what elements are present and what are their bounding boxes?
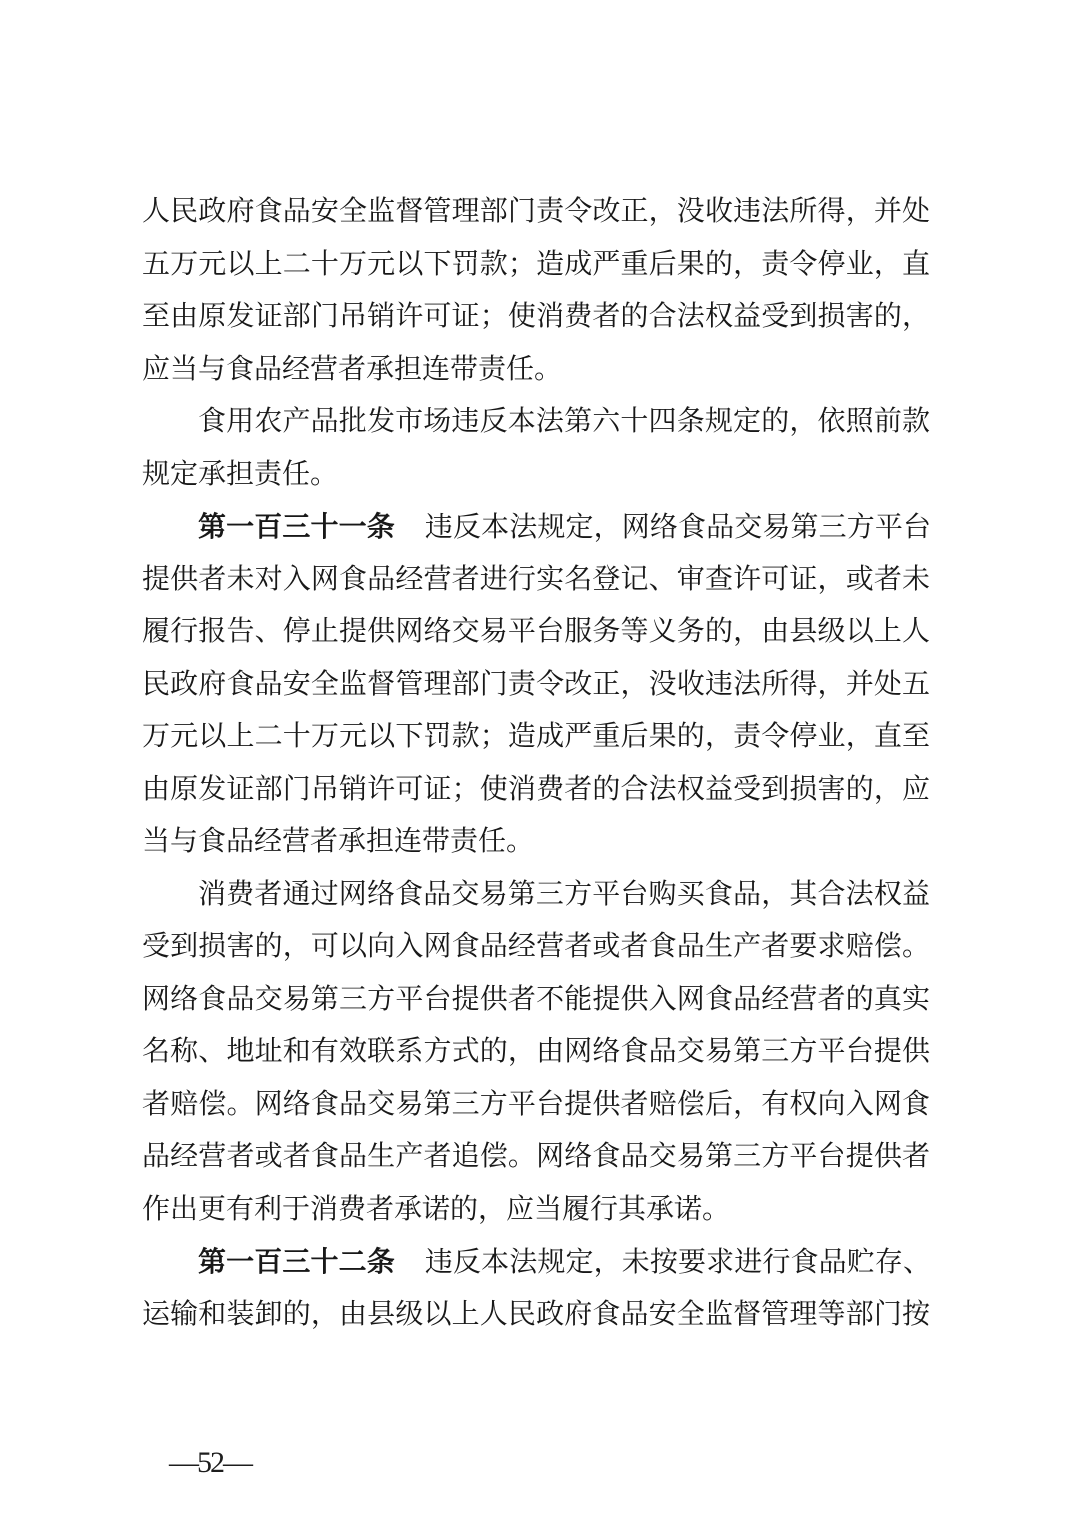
line-text: 受到损害的，可以向入网食品经营者或者食品生产者要求赔偿。: [142, 931, 930, 962]
text-line: 人民政府食品安全监督管理部门责令改正，没收违法所得，并处: [142, 186, 930, 239]
line-text: 名称、地址和有效联系方式的，由网络食品交易第三方平台提供: [142, 1036, 930, 1067]
line-text: 履行报告、停止提供网络交易平台服务等义务的，由县级以上人: [142, 616, 930, 647]
line-text: 万元以上二十万元以下罚款；造成严重后果的，责令停业，直至: [142, 721, 930, 752]
line-text: 由原发证部门吊销许可证；使消费者的合法权益受到损害的，应: [142, 774, 930, 805]
text-line: 提供者未对入网食品经营者进行实名登记、审查许可证，或者未: [142, 554, 930, 607]
text-line: 第一百三十一条违反本法规定，网络食品交易第三方平台: [142, 501, 930, 554]
text-line: 消费者通过网络食品交易第三方平台购买食品，其合法权益: [142, 869, 930, 922]
line-text: 提供者未对入网食品经营者进行实名登记、审查许可证，或者未: [142, 564, 930, 595]
page-number: —52—: [169, 1446, 251, 1480]
text-line: 履行报告、停止提供网络交易平台服务等义务的，由县级以上人: [142, 606, 930, 659]
text-line: 食用农产品批发市场违反本法第六十四条规定的，依照前款: [142, 396, 930, 449]
document-page: 人民政府食品安全监督管理部门责令改正，没收违法所得，并处五万元以上二十万元以下罚…: [0, 0, 1074, 1520]
text-line: 民政府食品安全监督管理部门责令改正，没收违法所得，并处五: [142, 659, 930, 712]
text-line: 受到损害的，可以向入网食品经营者或者食品生产者要求赔偿。: [142, 921, 930, 974]
line-text: 网络食品交易第三方平台提供者不能提供入网食品经营者的真实: [142, 984, 930, 1015]
line-text: 五万元以上二十万元以下罚款；造成严重后果的，责令停业，直: [142, 249, 930, 280]
line-text: 运输和装卸的，由县级以上人民政府食品安全监督管理等部门按: [142, 1299, 930, 1330]
article-number: 第一百三十二条: [198, 1246, 395, 1277]
text-line: 五万元以上二十万元以下罚款；造成严重后果的，责令停业，直: [142, 239, 930, 292]
text-line: 第一百三十二条违反本法规定，未按要求进行食品贮存、: [142, 1236, 930, 1289]
line-text: 消费者通过网络食品交易第三方平台购买食品，其合法权益: [198, 879, 930, 910]
article-number: 第一百三十一条: [198, 511, 395, 542]
line-text: 违反本法规定，未按要求进行食品贮存、: [425, 1247, 930, 1278]
line-text: 品经营者或者食品生产者追偿。网络食品交易第三方平台提供者: [142, 1141, 930, 1172]
line-text: 规定承担责任。: [142, 459, 338, 490]
text-line: 作出更有利于消费者承诺的，应当履行其承诺。: [142, 1184, 930, 1237]
line-text: 民政府食品安全监督管理部门责令改正，没收违法所得，并处五: [142, 669, 930, 700]
text-line: 名称、地址和有效联系方式的，由网络食品交易第三方平台提供: [142, 1026, 930, 1079]
line-text: 作出更有利于消费者承诺的，应当履行其承诺。: [142, 1194, 730, 1225]
line-text: 人民政府食品安全监督管理部门责令改正，没收违法所得，并处: [142, 196, 930, 227]
line-text: 至由原发证部门吊销许可证；使消费者的合法权益受到损害的，: [142, 301, 930, 332]
text-line: 网络食品交易第三方平台提供者不能提供入网食品经营者的真实: [142, 974, 930, 1027]
line-text: 应当与食品经营者承担连带责任。: [142, 354, 562, 385]
text-line: 者赔偿。网络食品交易第三方平台提供者赔偿后，有权向入网食: [142, 1079, 930, 1132]
text-line: 由原发证部门吊销许可证；使消费者的合法权益受到损害的，应: [142, 764, 930, 817]
line-text: 者赔偿。网络食品交易第三方平台提供者赔偿后，有权向入网食: [142, 1089, 930, 1120]
text-line: 运输和装卸的，由县级以上人民政府食品安全监督管理等部门按: [142, 1289, 930, 1342]
line-text: 食用农产品批发市场违反本法第六十四条规定的，依照前款: [198, 406, 930, 437]
text-line: 品经营者或者食品生产者追偿。网络食品交易第三方平台提供者: [142, 1131, 930, 1184]
text-block: 人民政府食品安全监督管理部门责令改正，没收违法所得，并处五万元以上二十万元以下罚…: [142, 186, 930, 1341]
text-line: 应当与食品经营者承担连带责任。: [142, 344, 930, 397]
text-line: 当与食品经营者承担连带责任。: [142, 816, 930, 869]
text-line: 至由原发证部门吊销许可证；使消费者的合法权益受到损害的，: [142, 291, 930, 344]
line-text: 违反本法规定，网络食品交易第三方平台: [425, 512, 930, 543]
text-line: 规定承担责任。: [142, 449, 930, 502]
line-text: 当与食品经营者承担连带责任。: [142, 826, 534, 857]
text-line: 万元以上二十万元以下罚款；造成严重后果的，责令停业，直至: [142, 711, 930, 764]
